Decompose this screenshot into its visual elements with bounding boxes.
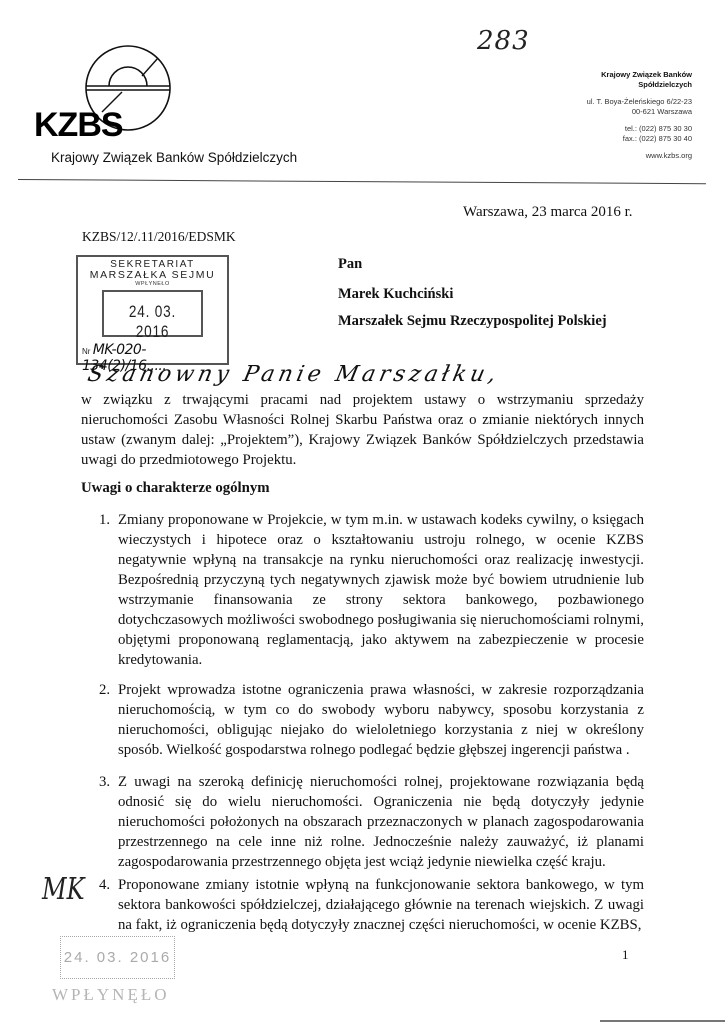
recipient-position: Marszałek Sejmu Rzeczypospolitej Polskie… [338,313,607,330]
stamp-line3: WPŁYNEŁO [78,281,227,287]
stamp-date-box: 24. 03. 2016 [102,290,203,337]
list-item-text: Z uwagi na szeroką definicję nieruchomoś… [118,772,644,872]
stamp-nr-label: Nr [82,347,90,356]
contact-block: Krajowy Związek Banków Spółdzielczych ul… [587,70,692,161]
recipient-title: Pan [338,256,362,273]
contact-address-line2: 00-621 Warszawa [587,107,692,117]
handwritten-salutation: Szanowny Panie Marszałku, [85,362,502,387]
letterhead: KZBS Krajowy Związek Banków Spółdzielczy… [0,0,725,185]
contact-name-line2: Spółdzielczych [587,80,692,90]
letterhead-divider [18,179,706,184]
section-heading: Uwagi o charakterze ogólnym [81,480,270,497]
reference-number: KZBS/12/.11/2016/EDSMK [82,229,236,245]
list-item-text: Proponowane zmiany istotnie wpłyną na fu… [118,875,644,935]
list-item-number: 1. [99,510,110,530]
intro-paragraph: w związku z trwającymi pracami nad proje… [81,390,644,470]
handwritten-page-number: 283 [477,26,530,56]
contact-website: www.kzbs.org [587,151,692,161]
list-item-number: 4. [99,875,110,895]
list-item-text: Zmiany proponowane w Projekcie, w tym m.… [118,510,644,670]
place-and-date: Warszawa, 23 marca 2016 r. [463,204,633,221]
received-stamp-label: WPŁYNĘŁO [52,985,169,1005]
recipient-name: Marek Kuchciński [338,286,453,303]
stamp-date: 24. 03. 2016 [114,302,192,342]
received-stamp: 24. 03. 2016 [60,936,175,979]
incoming-stamp: SEKRETARIAT MARSZAŁKA SEJMU WPŁYNEŁO 24.… [76,255,229,365]
list-item-text: Projekt wprowadza istotne ograniczenia p… [118,680,644,760]
contact-fax: fax.: (022) 875 30 40 [587,134,692,144]
received-stamp-date: 24. 03. 2016 [61,949,174,966]
contact-address-line1: ul. T. Boya-Żeleńskiego 6/22-23 [587,97,692,107]
list-item-number: 2. [99,680,110,700]
stamp-line2: MARSZAŁKA SEJMU [78,269,227,281]
logo-wordmark: KZBS [34,108,123,142]
scan-edge-line [600,1020,725,1022]
margin-initials: MK [42,872,85,907]
organization-name: Krajowy Związek Banków Spółdzielczych [51,150,297,165]
page-number: 1 [622,947,629,963]
contact-tel: tel.: (022) 875 30 30 [587,124,692,134]
list-item-number: 3. [99,772,110,792]
contact-name-line1: Krajowy Związek Banków [587,70,692,80]
